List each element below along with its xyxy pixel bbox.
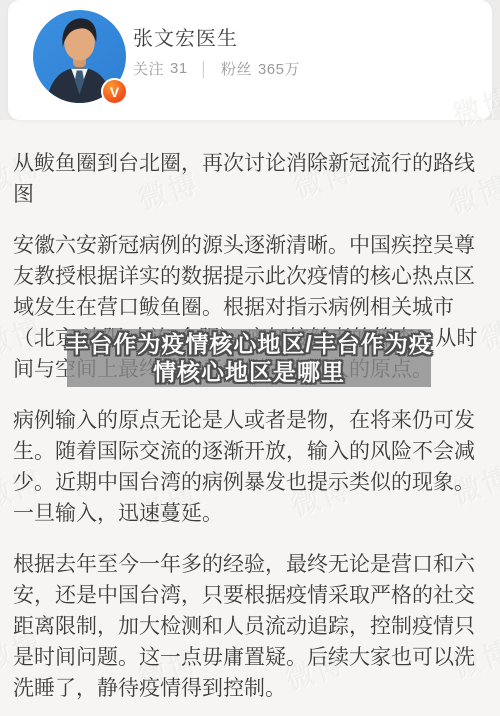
avatar[interactable]: V xyxy=(33,10,126,103)
weibo-profile-screenshot: 微博微博微博微博微博微博微博微博微博微博微博微博微博微博微博微博 V 张文宏医 xyxy=(0,0,500,716)
fans-label: 粉丝 xyxy=(221,58,252,79)
profile-header-card: V 张文宏医生 关注 31 │ 粉丝 365万 xyxy=(8,0,492,120)
profile-stats[interactable]: 关注 31 │ 粉丝 365万 xyxy=(133,58,300,79)
caption-overlay-line2: 情核心地区是哪里 xyxy=(153,358,345,386)
follow-label: 关注 xyxy=(133,58,164,79)
profile-name: 张文宏医生 xyxy=(133,22,238,51)
caption-overlay: 丰台作为疫情核心地区/丰台作为疫 情核心地区是哪里 xyxy=(67,329,431,387)
post-body: 从鲅鱼圈到台北圈，再次讨论消除新冠流行的路线 图 安徽六安新冠病例的源头逐渐清晰… xyxy=(0,120,500,716)
post-paragraph: 病例输入的原点无论是人或者是物，在将来仍可发 生。随着国际交流的逐渐开放，输入的… xyxy=(13,405,487,529)
post-paragraph: 根据去年至今一年多的经验，最终无论是营口和六 安，还是中国台湾，只要根据疫情采取… xyxy=(13,549,487,704)
verified-v-badge-icon: V xyxy=(101,78,128,105)
stats-divider: │ xyxy=(200,61,209,77)
fans-count: 365万 xyxy=(258,58,300,79)
post-title: 从鲅鱼圈到台北圈，再次讨论消除新冠流行的路线 图 xyxy=(13,148,487,210)
caption-overlay-line1: 丰台作为疫情核心地区/丰台作为疫 xyxy=(65,330,432,358)
follow-count: 31 xyxy=(170,60,188,77)
